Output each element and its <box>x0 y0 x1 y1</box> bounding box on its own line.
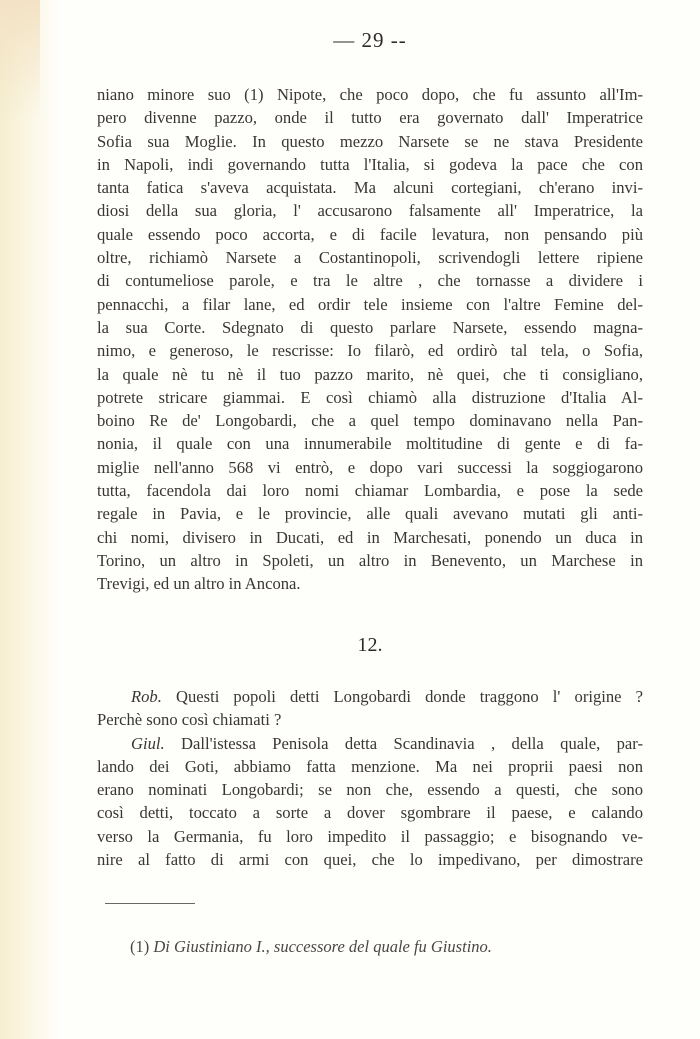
text-line: la sua Corte. Sdegnato di questo parlare… <box>97 316 643 339</box>
text-line: Trevigi, ed un altro in Ancona. <box>97 572 643 595</box>
section-number: 12. <box>0 634 700 657</box>
speaker-label: Rob. <box>131 687 162 706</box>
page-corner-stain <box>0 0 40 120</box>
answer-line: verso la Germania, fu loro impedito il p… <box>97 825 643 848</box>
text-line: nimo, e generoso, le rescrisse: Io filar… <box>97 339 643 362</box>
text-line: tanta fatica s'aveva acquistata. Ma alcu… <box>97 176 643 199</box>
text-line: regale in Pavia, e le provincie, alle qu… <box>97 502 643 525</box>
text-line: diosi della sua gloria, l' accusarono fa… <box>97 199 643 222</box>
footnote: (1) Di Giustiniano I., successore del qu… <box>130 937 492 957</box>
text-line: niano minore suo (1) Nipote, che poco do… <box>97 83 643 106</box>
text-line: potrete stricare giammai. E così chiamò … <box>97 386 643 409</box>
text-line: la quale nè tu nè il tuo pazzo marito, n… <box>97 363 643 386</box>
text-line: boino Re de' Longobardi, che a quel temp… <box>97 409 643 432</box>
question-text: Questi popoli detti Longobardi donde tra… <box>176 687 643 706</box>
body-paragraph: niano minore suo (1) Nipote, che poco do… <box>97 83 643 596</box>
text-line: Sofia sua Moglie. In questo mezzo Narset… <box>97 130 643 153</box>
text-line: in Napoli, indi governando tutta l'Itali… <box>97 153 643 176</box>
question-line: Perchè sono così chiamati ? <box>97 708 643 731</box>
footnote-marker: (1) <box>130 937 149 956</box>
text-line: quale essendo poco accorta, e di facile … <box>97 223 643 246</box>
text-line: tutta, facendola dai loro nomi chiamar L… <box>97 479 643 502</box>
text-line: oltre, richiamò Narsete a Costantinopoli… <box>97 246 643 269</box>
footnote-divider <box>105 903 195 904</box>
answer-line: lando dei Goti, abbiamo fatta menzione. … <box>97 755 643 778</box>
answer-line: Giul. Dall'istessa Penisola detta Scandi… <box>97 732 643 755</box>
page-number: — 29 -- <box>0 28 700 53</box>
text-line: pero divenne pazzo, onde il tutto era go… <box>97 106 643 129</box>
text-line: Torino, un altro in Spoleti, un altro in… <box>97 549 643 572</box>
answer-text: Dall'istessa Penisola detta Scandinavia … <box>181 734 643 753</box>
text-line: di contumeliose parole, e tra le altre ,… <box>97 269 643 292</box>
question-line: Rob. Questi popoli detti Longobardi dond… <box>97 685 643 708</box>
page-edge-stain <box>0 0 60 1039</box>
text-line: chi nomi, divisero in Ducati, ed in Marc… <box>97 526 643 549</box>
text-line: miglie nell'anno 568 vi entrò, e dopo va… <box>97 456 643 479</box>
answer-line: nire al fatto di armi con quei, che lo i… <box>97 848 643 871</box>
answer-line: così detti, toccato a sorte a dover sgom… <box>97 801 643 824</box>
footnote-text: Di Giustiniano I., successore del quale … <box>153 937 492 956</box>
answer-line: erano nominati Longobardi; se non che, e… <box>97 778 643 801</box>
speaker-label: Giul. <box>131 734 165 753</box>
text-line: pennacchi, a filar lane, ed ordir tele i… <box>97 293 643 316</box>
text-line: nonia, il quale con una innumerabile mol… <box>97 432 643 455</box>
dialogue-block: Rob. Questi popoli detti Longobardi dond… <box>97 685 643 871</box>
